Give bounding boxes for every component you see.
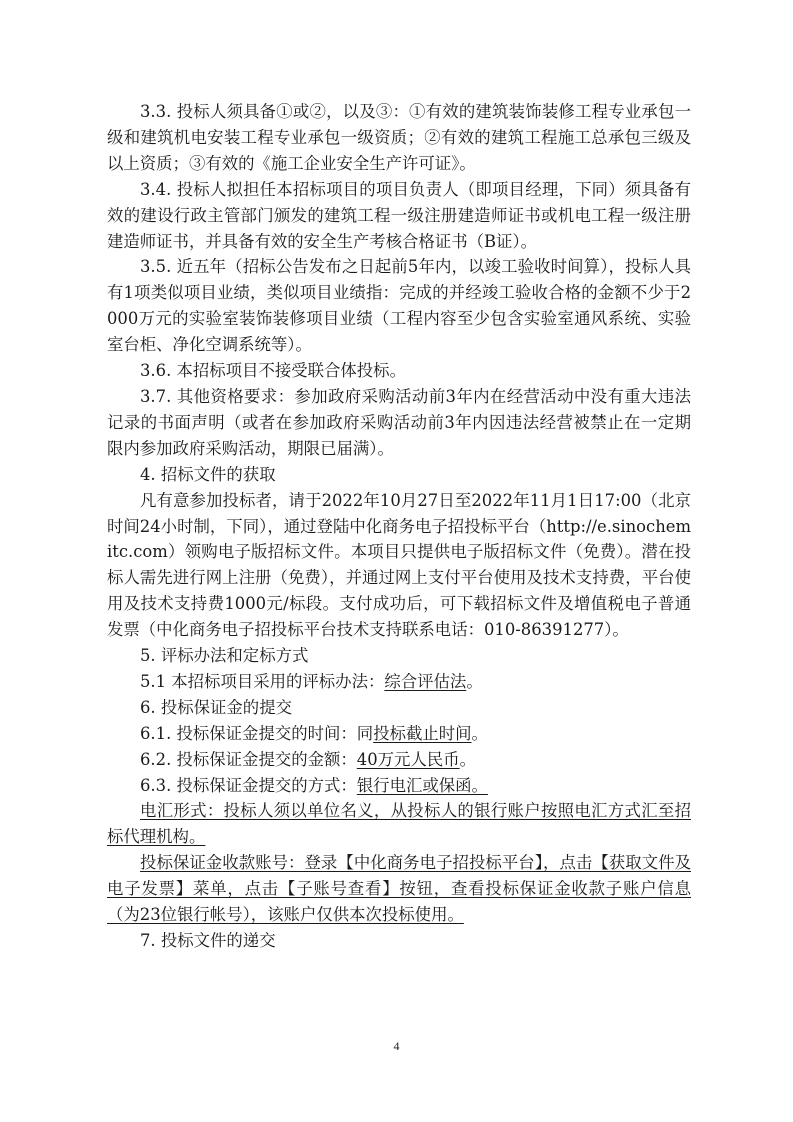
bond-account-note: 投标保证金收款账号：登录【中化商务电子招投标平台】，点击【获取文件及电子发票】菜…: [107, 850, 691, 928]
clause-6-1: 6.1. 投标保证金提交的时间：同投标截止时间。: [107, 721, 691, 747]
clause-5-1: 5.1 本招标项目采用的评标办法：综合评估法。: [107, 669, 691, 695]
clause-6-1-suffix: 。: [472, 724, 488, 743]
clause-6-2: 6.2. 投标保证金提交的金额：40万元人民币。: [107, 747, 691, 773]
clause-3-7: 3.7. 其他资格要求：参加政府采购活动前3年内在经营活动中没有重大违法记录的书…: [107, 384, 691, 462]
clause-5-1-label: 5.1 本招标项目采用的评标办法：: [140, 672, 384, 691]
heading-4-obtain-documents: 4. 招标文件的获取: [107, 462, 691, 488]
heading-6-bid-bond: 6. 投标保证金的提交: [107, 695, 691, 721]
obtain-documents-body: 凡有意参加投标者，请于2022年10月27日至2022年11月1日17:00（北…: [107, 488, 691, 643]
evaluation-method-value: 综合评估法: [384, 672, 466, 691]
clause-6-2-label: 6.2. 投标保证金提交的金额：: [140, 750, 357, 769]
wire-transfer-note: 电汇形式：投标人须以单位名义，从投标人的银行账户按照电汇方式汇至招标代理机构。: [107, 798, 691, 850]
clause-3-3: 3.3. 投标人须具备①或②，以及③：①有效的建筑装饰装修工程专业承包一级和建筑…: [107, 99, 691, 177]
page-number: 4: [0, 1039, 793, 1054]
bond-method-value: 银行电汇或保函。: [357, 776, 488, 795]
bond-amount-value: 40万元人民币: [357, 750, 460, 769]
clause-3-5: 3.5. 近五年（招标公告发布之日起前5年内，以竣工验收时间算），投标人具有1项…: [107, 254, 691, 358]
clause-6-1-label: 6.1. 投标保证金提交的时间：同: [140, 724, 373, 743]
clause-5-1-suffix: 。: [466, 672, 482, 691]
clause-6-3: 6.3. 投标保证金提交的方式：银行电汇或保函。: [107, 773, 691, 799]
bond-time-value: 投标截止时间: [373, 724, 471, 743]
bond-account-text: 投标保证金收款账号：登录【中化商务电子招投标平台】，点击【获取文件及电子发票】菜…: [107, 853, 691, 924]
heading-5-evaluation: 5. 评标办法和定标方式: [107, 643, 691, 669]
heading-7-bid-submission: 7. 投标文件的递交: [107, 928, 691, 954]
clause-3-4: 3.4. 投标人拟担任本招标项目的项目负责人（即项目经理，下同）须具备有效的建设…: [107, 177, 691, 255]
clause-6-2-suffix: 。: [460, 750, 476, 769]
document-page: 3.3. 投标人须具备①或②，以及③：①有效的建筑装饰装修工程专业承包一级和建筑…: [107, 99, 691, 954]
wire-transfer-text: 电汇形式：投标人须以单位名义，从投标人的银行账户按照电汇方式汇至招标代理机构。: [107, 801, 691, 846]
clause-3-6: 3.6. 本招标项目不接受联合体投标。: [107, 358, 691, 384]
clause-6-3-label: 6.3. 投标保证金提交的方式：: [140, 776, 357, 795]
